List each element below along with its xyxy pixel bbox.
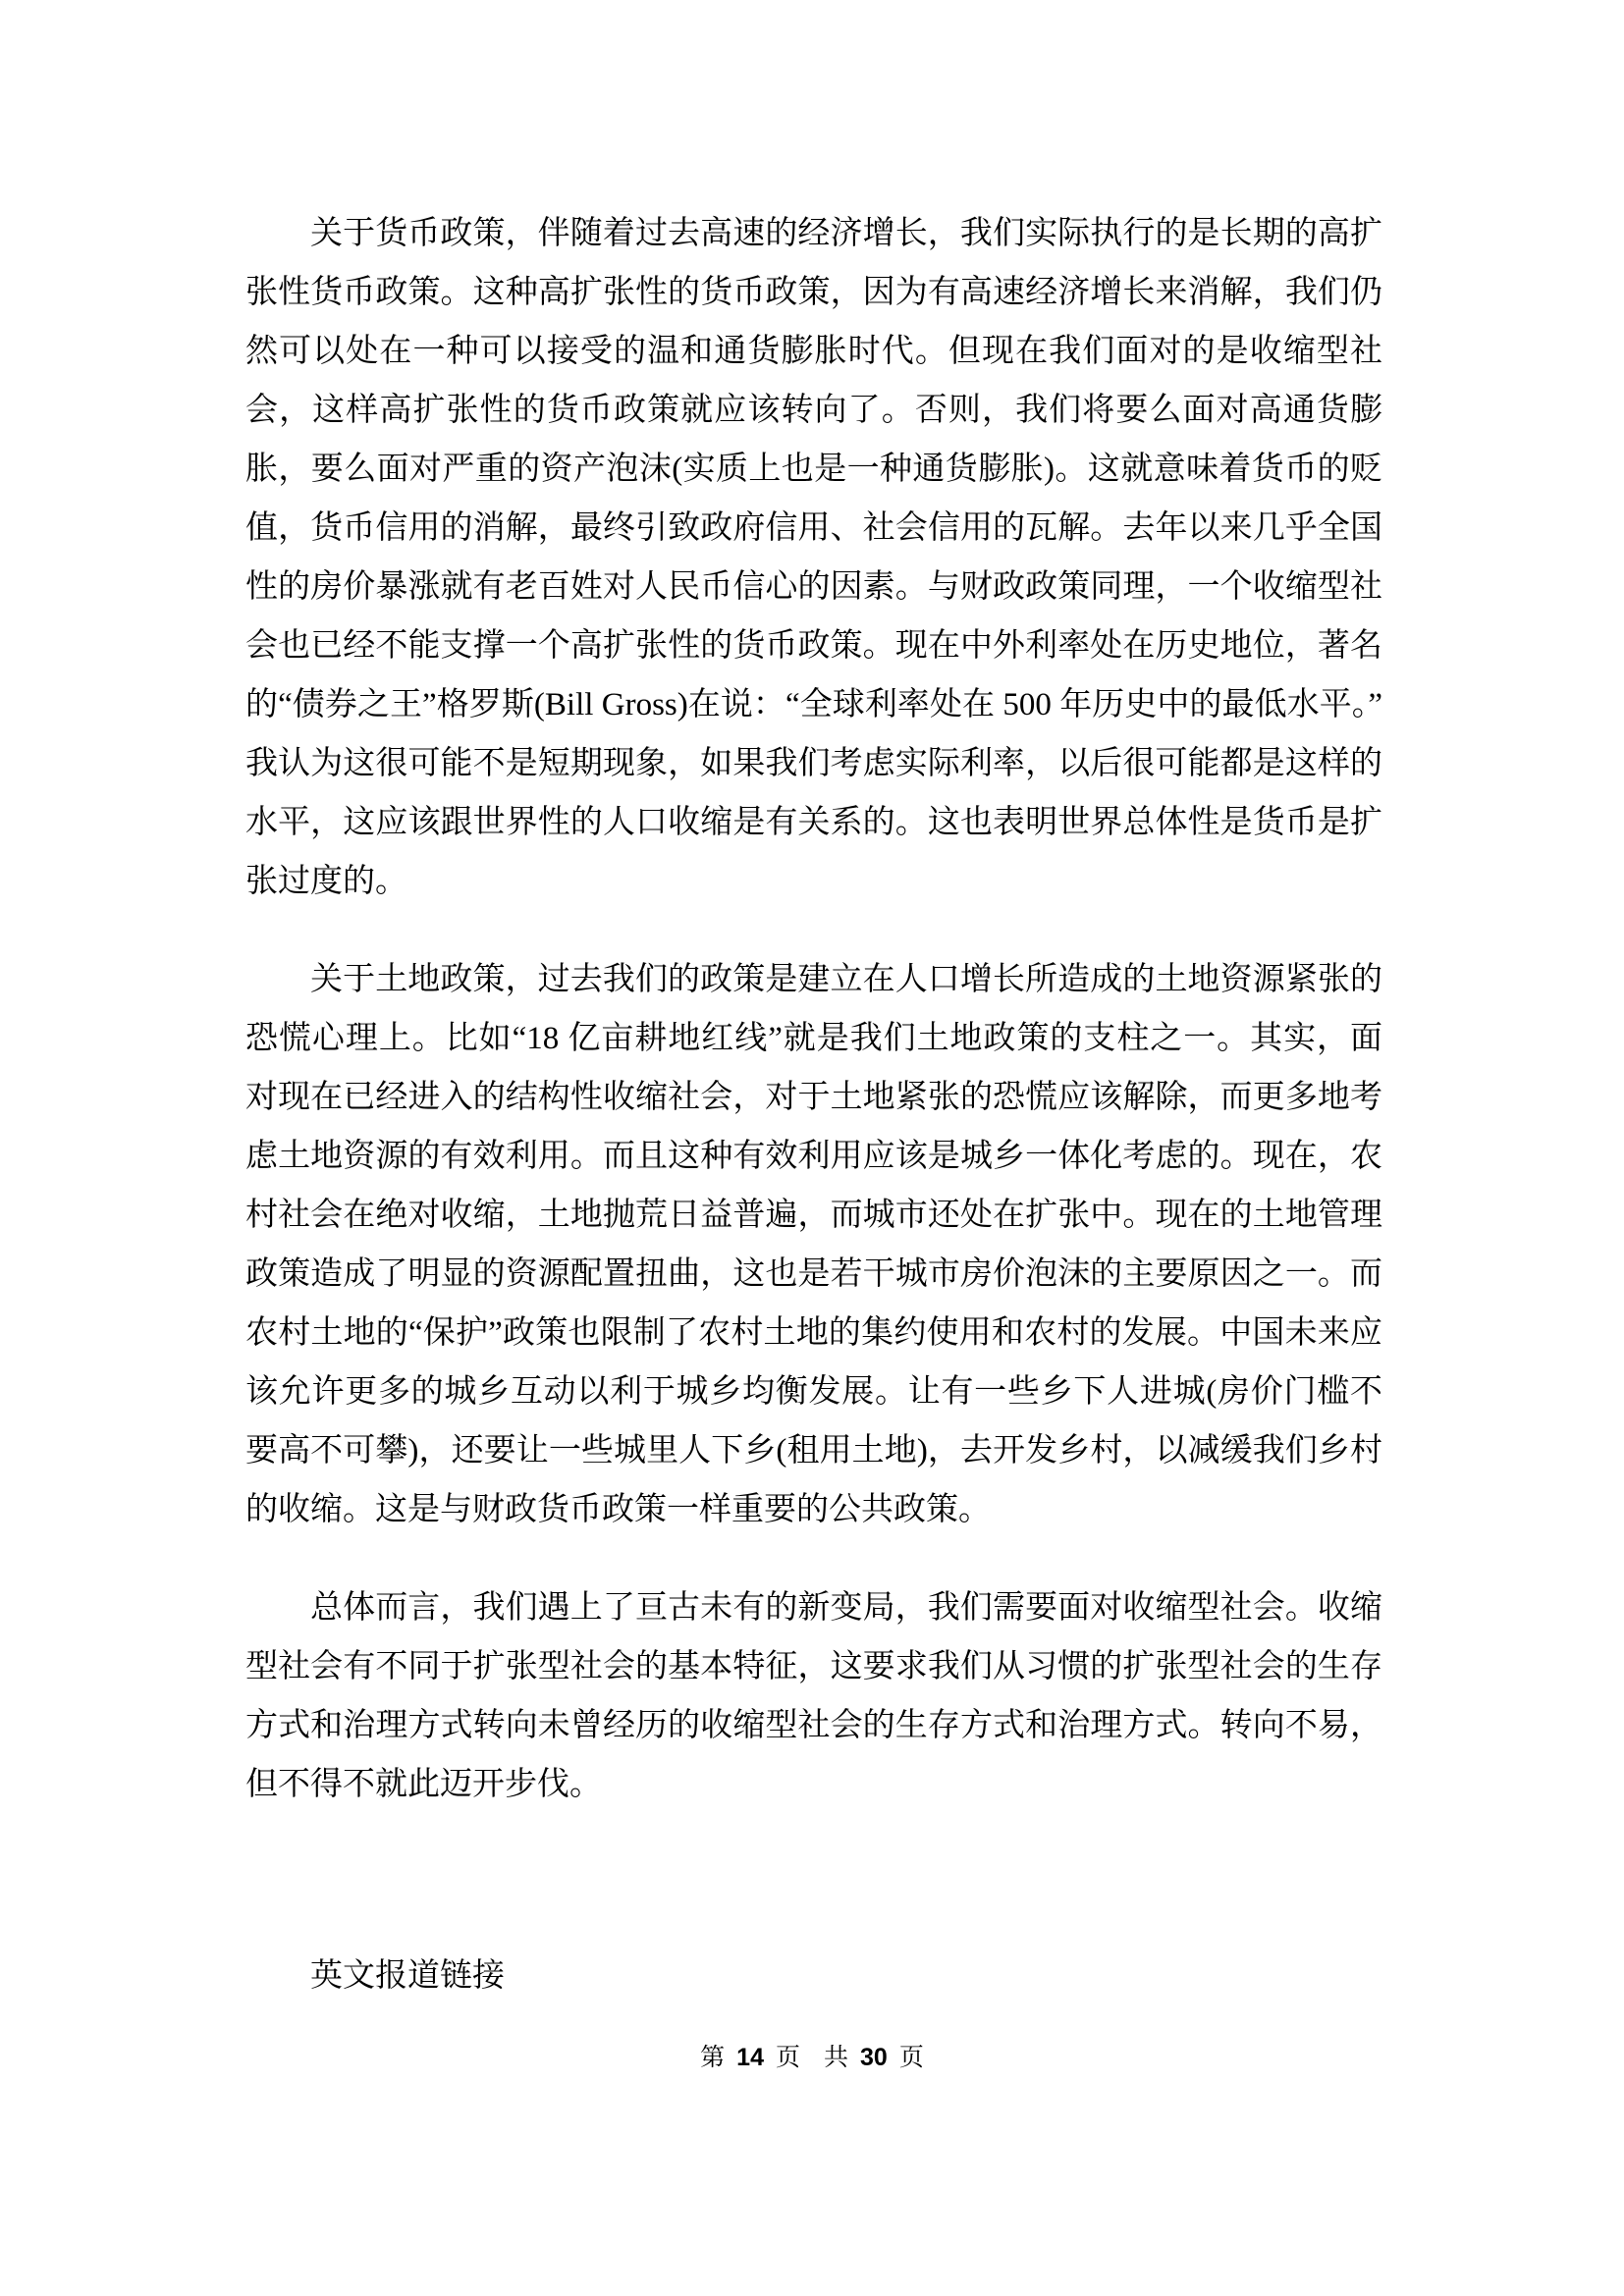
footer-label-gong: 共	[824, 2045, 848, 2071]
footer-label-ye1: 页	[776, 2045, 800, 2071]
paragraph-monetary-policy: 关于货币政策，伴随着过去高速的经济增长，我们实际执行的是长期的高扩张性货币政策。…	[245, 204, 1382, 911]
document-page: 关于货币政策，伴随着过去高速的经济增长，我们实际执行的是长期的高扩张性货币政策。…	[0, 0, 1624, 2296]
paragraph-conclusion: 总体而言，我们遇上了亘古未有的新变局，我们需要面对收缩型社会。收缩型社会有不同于…	[245, 1578, 1382, 1814]
document-body: 关于货币政策，伴随着过去高速的经济增长，我们实际执行的是长期的高扩张性货币政策。…	[245, 204, 1382, 2045]
paragraph-land-policy: 关于土地政策，过去我们的政策是建立在人口增长所造成的土地资源紧张的恐慌心理上。比…	[245, 950, 1382, 1539]
english-report-link-heading: 英文报道链接	[245, 1947, 1382, 2005]
footer-total-pages-number: 30	[860, 2044, 888, 2071]
page-footer: 第14页共30页	[0, 2038, 1624, 2078]
footer-current-page-number: 14	[736, 2044, 764, 2071]
footer-label-di: 第	[700, 2045, 725, 2071]
footer-label-ye2: 页	[899, 2045, 924, 2071]
